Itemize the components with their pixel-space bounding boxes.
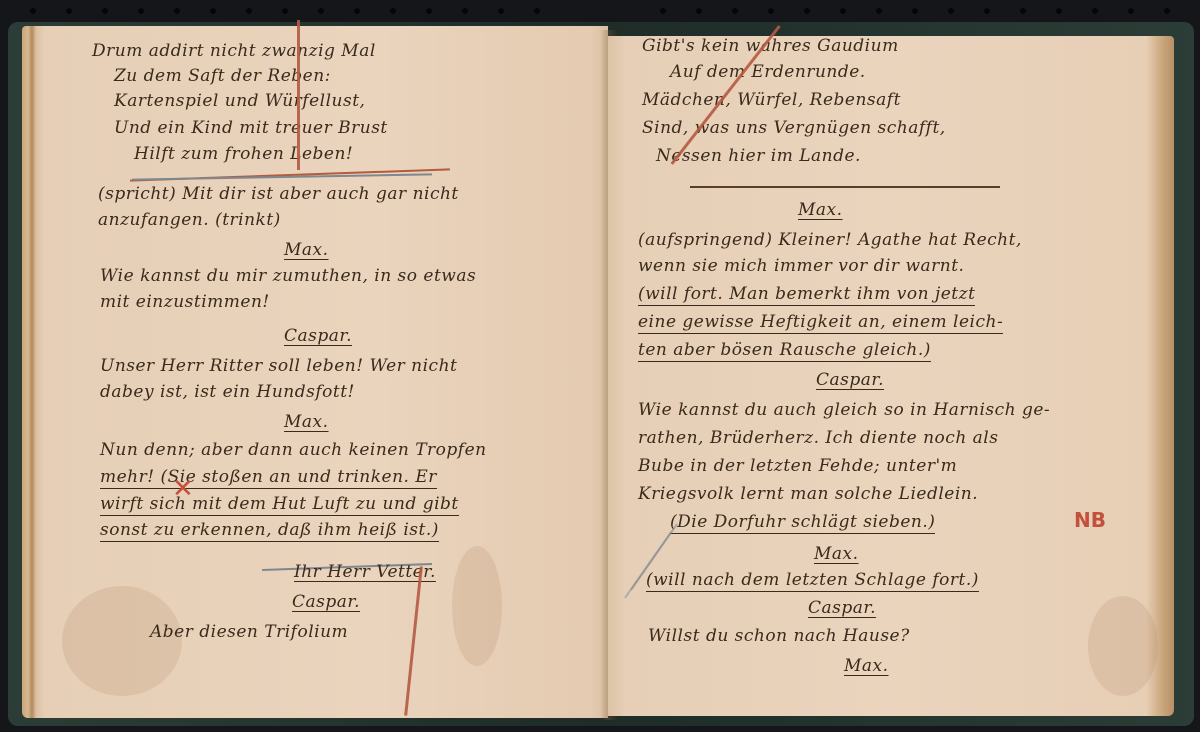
text-line: Mädchen, Würfel, Rebensaft: [642, 90, 901, 110]
backdrop-dots: [0, 8, 1200, 16]
text-line: (spricht) Mit dir ist aber auch gar nich…: [98, 184, 459, 204]
stage-direction: (Die Dorfuhr schlägt sieben.): [670, 512, 935, 534]
speaker-name: Max.: [284, 240, 329, 260]
text-line: Aber diesen Trifolium: [150, 622, 348, 642]
stage-direction: wirft sich mit dem Hut Luft zu und gibt: [100, 494, 459, 516]
speaker-name: Max.: [284, 412, 329, 432]
text-line: wenn sie mich immer vor dir warnt.: [638, 256, 964, 276]
stage-direction: mehr! (Sie stoßen an und trinken. Er: [100, 467, 437, 489]
speaker-name: Caspar.: [808, 598, 876, 618]
text-line: mit einzustimmen!: [100, 292, 270, 312]
text-line: Hilft zum frohen Leben!: [134, 144, 353, 164]
section-rule: [690, 186, 1000, 188]
stage-direction: sonst zu erkennen, daß ihm heiß ist.): [100, 520, 439, 542]
paper-stain: [452, 546, 502, 666]
paper-stain: [1088, 596, 1158, 696]
text-line: Drum addirt nicht zwanzig Mal: [92, 41, 376, 61]
text-line: Wie kannst du auch gleich so in Harnisch…: [638, 400, 1050, 420]
speaker-name: Max.: [814, 544, 859, 564]
red-pencil-vertical-mark: [297, 20, 300, 170]
text-line: (aufspringend) Kleiner! Agathe hat Recht…: [638, 230, 1022, 250]
text-line: dabey ist, ist ein Hundsfott!: [100, 382, 355, 402]
text-line: Unser Herr Ritter soll leben! Wer nicht: [100, 356, 457, 376]
speaker-name: Max.: [844, 656, 889, 676]
text-line: Auf dem Erdenrunde.: [670, 62, 866, 82]
text-line: Sind, was uns Vergnügen schafft,: [642, 118, 946, 138]
text-line: Wie kannst du mir zumuthen, in so etwas: [100, 266, 476, 286]
speaker-name: Caspar.: [284, 326, 352, 346]
speaker-name: Ihr Herr Vetter.: [294, 562, 436, 582]
text-line: Nessen hier im Lande.: [656, 146, 861, 166]
text-line: rathen, Brüderherz. Ich diente noch als: [638, 428, 998, 448]
speaker-name: Caspar.: [292, 592, 360, 612]
text-line: Und ein Kind mit treuer Brust: [114, 118, 388, 138]
red-nb-mark: NB: [1074, 508, 1106, 532]
speaker-name: Max.: [798, 200, 843, 220]
text-line: Willst du schon nach Hause?: [648, 626, 910, 646]
left-page: Drum addirt nicht zwanzig Mal Zu dem Saf…: [22, 26, 608, 718]
red-pencil-vertical-mark: [404, 566, 423, 715]
stage-direction: (will fort. Man bemerkt ihm von jetzt: [638, 284, 975, 306]
text-line: Kriegsvolk lernt man solche Liedlein.: [638, 484, 978, 504]
stage-direction: ten aber bösen Rausche gleich.): [638, 340, 931, 362]
text-line: anzufangen. (trinkt): [98, 210, 281, 230]
text-line: Nun denn; aber dann auch keinen Tropfen: [100, 440, 487, 460]
text-line: Kartenspiel und Würfellust,: [114, 91, 365, 111]
stage-direction: (will nach dem letzten Schlage fort.): [646, 570, 979, 592]
right-page: Gibt's kein wahres Gaudium Auf dem Erden…: [608, 36, 1174, 716]
text-line: Bube in der letzten Fehde; unter'm: [638, 456, 957, 476]
stage-direction: eine gewisse Heftigkeit an, einem leich-: [638, 312, 1003, 334]
speaker-name: Caspar.: [816, 370, 884, 390]
